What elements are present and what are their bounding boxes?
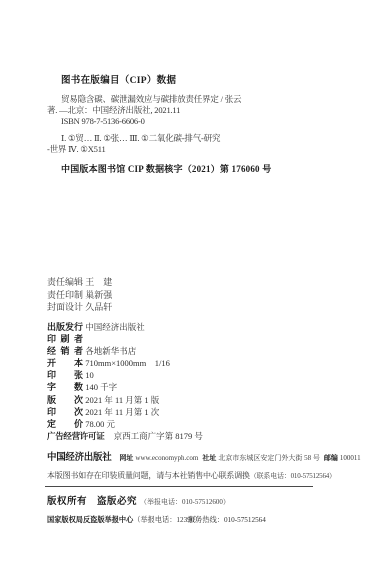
pub-value: 各地新华书店 xyxy=(85,346,136,356)
staff-name: 巢新强 xyxy=(85,290,112,300)
pub-value: 2021 年 11 月第 1 版 xyxy=(85,395,159,405)
quality-notice-text: 本版图书如存在印装质量问题，请与本社销售中心联系调换 xyxy=(47,471,250,480)
book-copyright-page: 图书在版编目（CIP）数据 贸易隐含碳、碳泄漏效应与碳排放责任界定 / 张云 著… xyxy=(0,0,375,573)
pub-label: 出版发行 xyxy=(47,321,83,333)
piracy-center-name: 国家版权局反盗版举报中心 xyxy=(47,516,133,524)
cip-record-number: 中国版本图书馆 CIP 数据核字（2021）第 176060 号 xyxy=(61,162,339,175)
piracy-report-line: 国家版权局反盗版举报中心（举报电话：12390）服务热线：010-5751256… xyxy=(47,515,352,525)
pub-row: 定价 78.00 元 xyxy=(47,418,203,430)
cip-entry-line1: 贸易隐含碳、碳泄漏效应与碳排放责任界定 / 张云 xyxy=(47,94,339,105)
pub-value: 中国经济出版社 xyxy=(85,322,145,332)
pub-row: 开本 710mm×1000mm 1/16 xyxy=(47,357,203,369)
cip-heading: 图书在版编目（CIP）数据 xyxy=(61,72,339,86)
address-value: 北京市东城区安定门外大街 58 号 xyxy=(218,454,320,462)
cip-isbn: ISBN 978-7-5136-6606-0 xyxy=(47,116,339,127)
pub-value: 710mm×1000mm 1/16 xyxy=(85,358,170,368)
copyright-line: 版权所有 盗版必究（举报电话：010-57512600） xyxy=(47,491,352,509)
pub-value: 10 xyxy=(85,370,94,380)
pub-row: 出版发行 中国经济出版社 xyxy=(47,321,203,333)
pub-label: 印刷者 xyxy=(47,333,83,345)
publication-info-block: 出版发行 中国经济出版社 印刷者 经销者 各地新华书店 开本 710mm×100… xyxy=(47,321,203,442)
cip-classification-line1: Ⅰ. ①贸… Ⅱ. ①张… Ⅲ. ①二氧化碳-排气-研究 xyxy=(47,133,339,144)
staff-row: 责任编辑 王 建 xyxy=(47,276,112,289)
staff-row: 责任印制 巢新强 xyxy=(47,289,112,302)
postcode-value: 100011 xyxy=(340,454,361,462)
staff-role-label: 责任编辑 xyxy=(47,276,83,289)
pub-value: 2021 年 11 月第 1 次 xyxy=(85,407,159,417)
postcode-label: 邮编 xyxy=(324,454,338,462)
website-url: www.economyph.com xyxy=(135,454,198,462)
divider-rule xyxy=(45,486,313,487)
service-hotline: 服务热线：010-57512564 xyxy=(188,515,266,525)
pub-label: 开本 xyxy=(47,357,83,369)
pub-row: 印张 10 xyxy=(47,369,203,381)
pub-label: 印次 xyxy=(47,406,83,418)
website-label: 网址 xyxy=(119,454,133,462)
publisher-footer-block: 中国经济出版社网址www.economyph.com社址北京市东城区安定门外大街… xyxy=(47,449,352,525)
copyright-report-phone: （举报电话：010-57512600） xyxy=(140,498,230,506)
pub-value: 78.00 元 xyxy=(85,419,115,429)
address-label: 社址 xyxy=(202,454,216,462)
pub-row: 经销者 各地新华书店 xyxy=(47,345,203,357)
pub-label: 定价 xyxy=(47,418,83,430)
ad-license-label: 广告经营许可证 xyxy=(47,431,104,441)
publisher-name: 中国经济出版社 xyxy=(47,453,111,463)
publisher-contact-line: 中国经济出版社网址www.economyph.com社址北京市东城区安定门外大街… xyxy=(47,449,352,463)
pub-row: 版次 2021 年 11 月第 1 版 xyxy=(47,394,203,406)
staff-name: 久品轩 xyxy=(85,302,112,312)
quality-notice-phone: （联系电话：010-57512564） xyxy=(250,472,336,480)
cip-classification-line2: -世界 Ⅳ. ①X511 xyxy=(47,144,339,155)
pub-row: 印刷者 xyxy=(47,333,203,345)
pub-label: 字数 xyxy=(47,381,83,393)
ad-license-value: 京西工商广字第 8179 号 xyxy=(114,431,203,441)
pub-row: 字数 140 千字 xyxy=(47,381,203,393)
staff-credits-block: 责任编辑 王 建 责任印制 巢新强 封面设计 久品轩 xyxy=(47,276,112,314)
pub-row: 印次 2021 年 11 月第 1 次 xyxy=(47,406,203,418)
ad-license-row: 广告经营许可证 京西工商广字第 8179 号 xyxy=(47,430,203,442)
pub-label: 版次 xyxy=(47,394,83,406)
staff-name: 王 建 xyxy=(85,277,112,287)
pub-value: 140 千字 xyxy=(85,382,117,392)
copyright-statement: 版权所有 盗版必究 xyxy=(47,497,137,507)
cip-data-block: 图书在版编目（CIP）数据 贸易隐含碳、碳泄漏效应与碳排放责任界定 / 张云 著… xyxy=(47,72,339,175)
quality-notice-line: 本版图书如存在印装质量问题，请与本社销售中心联系调换（联系电话：010-5751… xyxy=(47,470,352,481)
pub-label: 印张 xyxy=(47,369,83,381)
staff-role-label: 责任印制 xyxy=(47,289,83,302)
staff-row: 封面设计 久品轩 xyxy=(47,301,112,314)
pub-label: 经销者 xyxy=(47,345,83,357)
cip-entry-line2: 著. —北京：中国经济出版社, 2021.11 xyxy=(47,105,339,116)
staff-role-label: 封面设计 xyxy=(47,301,83,314)
